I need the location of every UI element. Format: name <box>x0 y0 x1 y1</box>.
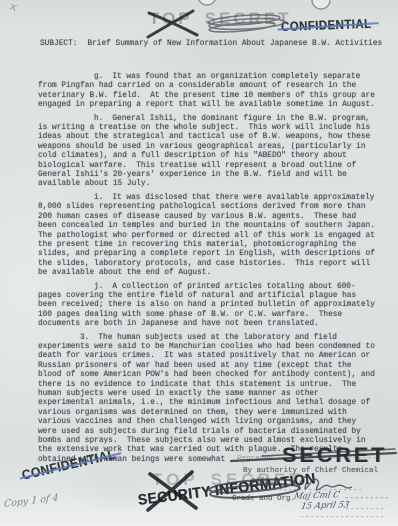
subject-label: SUBJECT: <box>40 40 77 48</box>
fill-in-dashes: --------- <box>345 495 390 503</box>
handwritten-copy-note: Copy 1 of 4 <box>4 492 59 510</box>
paragraph-g: g.It was found that an organization comp… <box>38 73 376 111</box>
paragraph-text: General Ishii, the dominant figure in th… <box>38 115 375 189</box>
paragraph-i: i.It was disclosed that there were avail… <box>38 194 376 279</box>
paragraph-text: It was found that an organization comple… <box>38 73 380 109</box>
paragraph-text: A collection of printed articles totalin… <box>38 283 380 329</box>
paragraph-label: j. <box>94 283 103 291</box>
officer-line: Officer. <box>251 478 287 486</box>
date-rule-dashes: -------- <box>345 506 385 514</box>
authority-line: By authority of Chief Chemical <box>243 467 378 475</box>
paragraph-label: i. <box>94 194 103 202</box>
regraded-line: Regraded -------------------- <box>237 455 378 463</box>
top-secret-word-secret: SECRET <box>205 9 292 28</box>
fill-in-dashes: -------------------- <box>278 455 378 463</box>
scanned-document-page: TOPSECRET CONFIDENTIAL SUBJECT:Brief Sum… <box>0 0 398 526</box>
punch-hole <box>312 0 330 9</box>
paragraph-j: j.A collection of printed articles total… <box>38 283 376 330</box>
paragraph-text: It was disclosed that there were availab… <box>38 194 384 277</box>
top-secret-stamp-crossed-out: TOPSECRET <box>149 9 292 29</box>
confidential-stamp-top: CONFIDENTIAL <box>281 16 372 34</box>
grade-org-label: Grade and Org. <box>232 495 295 503</box>
handwritten-date: 15 April 53 <box>300 500 350 512</box>
pencil-mark <box>10 4 17 11</box>
scan-edge-highlight <box>0 521 398 526</box>
paragraph-label: g. <box>94 73 103 81</box>
punch-hole <box>198 0 216 5</box>
subject-line: SUBJECT:Brief Summary of New Information… <box>40 40 382 48</box>
regraded-label: Regraded <box>237 455 273 463</box>
paragraph-h: h.General Ishii, the dominant figure in … <box>38 115 376 190</box>
document-body: g.It was found that an organization comp… <box>38 62 376 465</box>
paragraph-label: h. <box>94 115 103 123</box>
subject-text: Brief Summary of New Information About J… <box>87 40 382 48</box>
top-secret-word-top: TOP <box>149 9 193 28</box>
paragraph-label: 3. <box>80 334 89 342</box>
